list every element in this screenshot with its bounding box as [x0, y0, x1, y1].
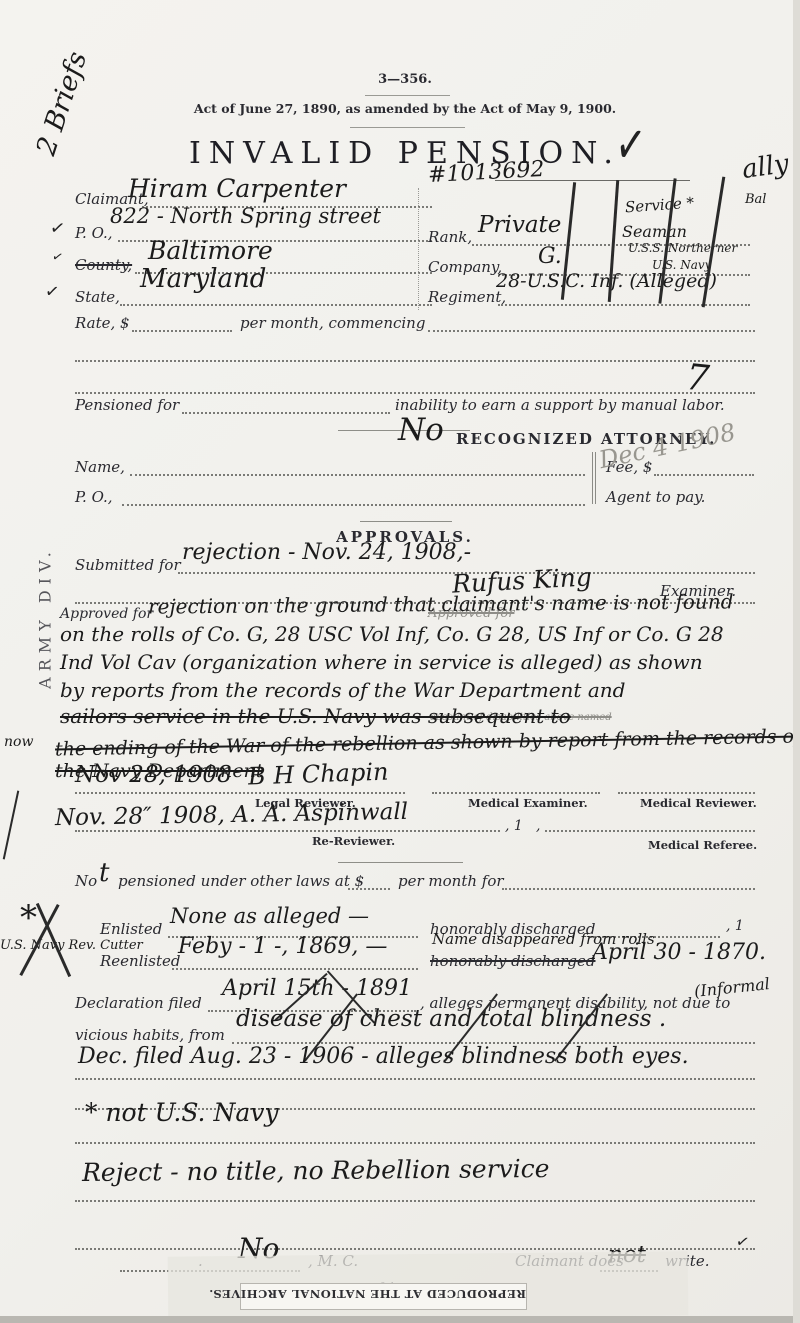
pensioned-for-label: Pensioned for: [75, 396, 179, 414]
one-mark: , 1: [505, 818, 523, 834]
checkmark: ✓: [50, 249, 64, 266]
reject-note: Reject - no title, no Rebellion service: [82, 1154, 550, 1187]
declaration-text2: vicious habits, from: [75, 1026, 225, 1044]
enlisted-label: Enlisted: [100, 920, 162, 938]
rank-label: Rank,: [428, 228, 472, 246]
rank-struck-seaman: Seaman: [622, 222, 687, 241]
field-line: [428, 330, 755, 332]
re-reviewer-label: Re-Reviewer.: [312, 834, 395, 848]
margin-stroke: [3, 791, 20, 860]
enlisted-value: None as alleged —: [170, 904, 369, 928]
not-navy-note: * not U.S. Navy: [85, 1098, 278, 1127]
field-line: [348, 888, 390, 890]
fee-pencil-note: Dec 4 1908: [597, 418, 738, 474]
discharged-one: , 1: [726, 918, 744, 934]
checkmark: ✓: [613, 111, 648, 181]
approved-line-3: Ind Vol Cav (organization where in servi…: [60, 650, 703, 674]
county-label: County,: [75, 256, 132, 274]
blank-line: [75, 1142, 755, 1144]
regiment-label: Regiment,: [428, 288, 506, 306]
column-divider: [418, 188, 419, 310]
blank-line: [75, 392, 755, 394]
archives-stamp-text: REPRODUCED AT THE NATIONAL ARCHIVES.: [241, 1287, 526, 1301]
corner-scribble: ally: [740, 149, 791, 185]
struck-line-1: sailors service in the U.S. Navy was sub…: [60, 704, 571, 728]
approved-line-4: by reports from the records of the War D…: [60, 678, 625, 702]
approved-for-label: Approved for: [60, 606, 153, 622]
army-div-vertical-label: ARMY DIV.: [36, 528, 55, 708]
form-number: 3—356.: [0, 72, 800, 87]
county-value: Baltimore: [148, 236, 273, 265]
regiment-value: 28-U.S.C. Inf. (Alleged): [496, 270, 717, 292]
rate-label: Rate, $: [75, 314, 130, 332]
divider: [338, 862, 463, 863]
submitted-label: Submitted for: [75, 556, 181, 574]
field-line: [502, 888, 755, 890]
margin-scribble: now: [4, 734, 33, 750]
field-line: [120, 304, 432, 306]
approved-line-2: on the rolls of Co. G, 28 USC Vol Inf, C…: [60, 622, 724, 646]
scan-bottom-edge: [0, 1316, 800, 1323]
struck-line-2: the ending of the War of the rebellion a…: [55, 725, 800, 760]
declaration-cause: disease of chest and total blindness .: [236, 1006, 666, 1032]
po-label: P. O.,: [75, 224, 113, 242]
rate-per-month: per month, commencing: [240, 314, 425, 332]
other-laws-suffix: per month for: [398, 872, 504, 890]
field-line: [172, 968, 418, 970]
medical-reviewer-label: Medical Reviewer.: [640, 796, 757, 810]
legal-reviewer-signature: B H Chapin: [248, 758, 389, 791]
rank-value: Private: [478, 212, 561, 238]
checkmark: ✓: [44, 281, 61, 303]
field-line: [654, 474, 754, 476]
approved-line-1: rejection on the ground that claimant's …: [148, 589, 734, 618]
company-value: G.: [538, 244, 562, 269]
discharged2-label: honorably discharged: [430, 952, 596, 970]
field-line: [130, 474, 585, 476]
fee-divider: [592, 452, 596, 504]
comma-mark: ,: [536, 818, 540, 834]
blank-line: [75, 1248, 755, 1250]
margin-asterisk: *: [20, 898, 37, 938]
other-laws-no: No: [75, 872, 97, 890]
medical-referee-label: Medical Referee.: [648, 838, 757, 852]
legal-review-date: Nov 28, 1908: [75, 762, 232, 788]
field-line: [498, 304, 750, 306]
field-line: [75, 1078, 755, 1080]
field-line: [132, 330, 232, 332]
second-filing: Dec. filed Aug. 23 - 1906 - alleges blin…: [78, 1044, 689, 1069]
case-number: #1013692: [427, 157, 545, 188]
re-reviewer-signature: Nov. 28″ 1908, A. A. Aspinwall: [55, 799, 408, 831]
title-underline: [495, 180, 690, 181]
checkmark: ✓: [48, 217, 67, 240]
act-line: Act of June 27, 1890, as amended by the …: [0, 101, 800, 116]
attorney-po-label: P. O.,: [75, 488, 113, 506]
margin-informal-note: (Informal: [693, 974, 770, 1001]
reenlisted-value: Feby - 1 -, 1869, —: [178, 934, 387, 959]
pension-document-scan: 2 Briefs 3—356. Act of June 27, 1890, as…: [0, 0, 800, 1323]
signature-line: [75, 830, 500, 832]
page-title: INVALID PENSION.: [0, 136, 800, 171]
divider: [350, 127, 465, 128]
margin-navy-cutter-note: U.S. Navy Rev. Cutter: [0, 938, 143, 953]
rank-struck-vessel: U.S.S. Northerner: [628, 241, 737, 255]
po-value: 822 - North Spring street: [110, 204, 381, 228]
service-note: Service *: [624, 194, 694, 217]
agent-label: Agent to pay.: [606, 488, 705, 506]
signature-line: [432, 792, 600, 794]
company-label: Company,: [428, 258, 502, 276]
submitted-value: rejection - Nov. 24, 1908,-: [182, 540, 471, 565]
claimant-value: Hiram Carpenter: [128, 174, 346, 203]
state-value: Maryland: [140, 264, 266, 294]
signature-line: [545, 830, 755, 832]
divider: [360, 521, 452, 522]
reenlisted-label: Reenlisted: [100, 952, 181, 970]
divider: [365, 95, 450, 96]
attorney-no: No: [398, 412, 444, 448]
scan-right-edge: [793, 0, 800, 1323]
blank-line: [75, 360, 755, 362]
discharged2-date: April 30 - 1870.: [592, 940, 766, 965]
inserted-t: t: [99, 858, 109, 888]
corner-scribble-2: Bal: [745, 192, 766, 207]
signature-line: [75, 792, 405, 794]
signature-line: [618, 792, 755, 794]
field-line: [182, 412, 390, 414]
field-line: [122, 504, 585, 506]
pensioned-for-suffix: inability to earn a support by manual la…: [395, 396, 725, 414]
other-laws-text: pensioned under other laws at $: [118, 872, 364, 890]
attorney-name-label: Name,: [75, 458, 125, 476]
state-label: State,: [75, 288, 120, 306]
archives-stamp: REPRODUCED AT THE NATIONAL ARCHIVES.: [240, 1283, 527, 1310]
medical-examiner-label: Medical Examiner.: [468, 796, 588, 810]
blank-line: [75, 1200, 755, 1202]
declaration-label: Declaration filed: [75, 994, 202, 1012]
margin-mark-seven: 7: [684, 357, 711, 400]
